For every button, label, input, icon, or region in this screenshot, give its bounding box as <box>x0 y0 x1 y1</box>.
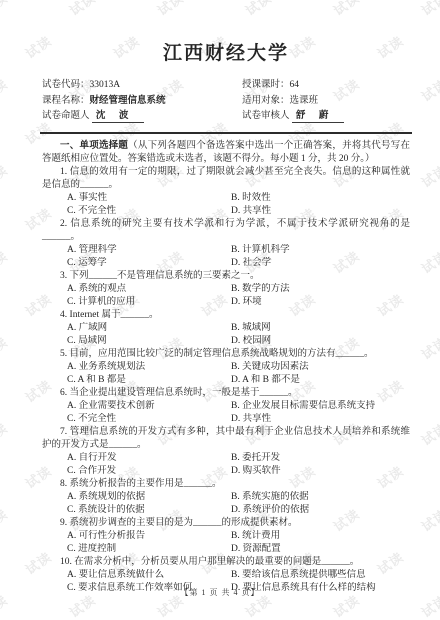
page-title: 江西财经大学 <box>42 38 410 65</box>
question-stem: 9. 系统初步调查的主要目的是为______的形成提供素材。 <box>42 517 410 530</box>
question-item: 2. 信息系统的研究主要有技术学派和行为学派，不属于技术学派研究视角的是____… <box>42 218 410 270</box>
course-name-row: 课程名称：财经管理信息系统 <box>42 94 242 110</box>
option: A. 事实性 <box>67 192 231 205</box>
question-stem: 7. 管理信息系统的开发方式有多种，其中最有利于企业信息技术人员培养和系统维护的… <box>42 426 410 452</box>
teaching-hours-label: 授课课时： <box>242 80 290 90</box>
option: A. 系统的观点 <box>67 283 231 296</box>
question-options: A. 管理科学B. 计算机科学C. 运筹学D. 社会学 <box>42 244 410 270</box>
option: A. 管理科学 <box>67 244 231 257</box>
option: D. 校园网 <box>231 335 410 348</box>
question-item: 7. 管理信息系统的开发方式有多种，其中最有利于企业信息技术人员培养和系统维护的… <box>42 426 410 478</box>
option: C. 合作开发 <box>67 465 231 478</box>
option: B. 要给该信息系统提供哪些信息 <box>231 569 410 582</box>
option: A. 业务系统规划法 <box>67 361 231 374</box>
section-intro: 一、单项选择题（从下列各题四个备选答案中选出一个正确答案，并将其代号写在答题纸相… <box>42 140 410 166</box>
option: D. 共享性 <box>231 205 410 218</box>
option: A. 系统规划的依据 <box>67 491 231 504</box>
option: B. 系统实施的依据 <box>231 491 410 504</box>
option: D. 社会学 <box>231 257 410 270</box>
question-stem: 10. 在需求分析中，分析员要从用户那里解决的最重要的问题是______。 <box>42 556 410 569</box>
question-stem: 5. 目前，应用范围比较广泛的制定管理信息系统战略规划的方法有______。 <box>42 348 410 361</box>
audience-row: 适用对象：选课班 <box>242 94 410 110</box>
audience-value: 选课班 <box>290 96 319 106</box>
option: A. 可行性分析报告 <box>67 530 231 543</box>
question-stem: 1. 信息的效用有一定的期限，过了期限就会减少甚至完全丧失。信息的这种属性就是信… <box>42 166 410 192</box>
option: B. 城域网 <box>231 322 410 335</box>
question-item: 6. 当企业提出建设管理信息系统时，一般是基于______。A. 企业需要技术创… <box>42 387 410 426</box>
question-item: 1. 信息的效用有一定的期限，过了期限就会减少甚至完全丧失。信息的这种属性就是信… <box>42 166 410 218</box>
option: A. 广域网 <box>67 322 231 335</box>
option: D. 共享性 <box>231 413 410 426</box>
question-list: 1. 信息的效用有一定的期限，过了期限就会减少甚至完全丧失。信息的这种属性就是信… <box>42 166 410 595</box>
option: D. A 和 B 都不是 <box>231 374 410 387</box>
option: C. 计算机的应用 <box>67 296 231 309</box>
question-stem: 2. 信息系统的研究主要有技术学派和行为学派，不属于技术学派研究视角的是____… <box>42 218 410 244</box>
course-name-label: 课程名称： <box>42 96 90 106</box>
option: C. 不完全性 <box>67 205 231 218</box>
option: B. 计算机科学 <box>231 244 410 257</box>
question-options: A. 业务系统规划法B. 关键成功因素法C. A 和 B 都是D. A 和 B … <box>42 361 410 387</box>
teaching-hours-value: 64 <box>290 80 300 90</box>
option: A. 要让信息系统做什么 <box>67 569 231 582</box>
audience-label: 适用对象： <box>242 96 290 106</box>
header-divider <box>40 132 412 134</box>
option: C. 运筹学 <box>67 257 231 270</box>
question-stem: 3. 下列______不是管理信息系统的三要素之一。 <box>42 270 410 283</box>
exam-code-label: 试卷代码： <box>42 80 90 90</box>
question-options: A. 自行开发B. 委托开发C. 合作开发D. 购买软件 <box>42 452 410 478</box>
option: C. 不完全性 <box>67 413 231 426</box>
question-options: A. 系统的观点B. 数学的方法C. 计算机的应用D. 环境 <box>42 283 410 309</box>
exam-paper-page: 试读试读试读试读试读试读试读试读试读试读试读试读试读试读试读试读试读试读试读试读… <box>0 0 440 620</box>
question-options: A. 企业需要技术创新B. 企业发展目标需要信息系统支持C. 不完全性D. 共享… <box>42 400 410 426</box>
question-item: 4. Internet 属于______。A. 广域网B. 城域网C. 局域网D… <box>42 309 410 348</box>
exam-setter-row: 试卷命题人 沈 波 <box>42 109 242 125</box>
exam-setter-label: 试卷命题人 <box>42 111 90 121</box>
teaching-hours-row: 授课课时：64 <box>242 78 410 94</box>
question-stem: 4. Internet 属于______。 <box>42 309 410 322</box>
option: B. 数学的方法 <box>231 283 410 296</box>
option: B. 企业发展目标需要信息系统支持 <box>231 400 410 413</box>
question-options: A. 广域网B. 城域网C. 局域网D. 校园网 <box>42 322 410 348</box>
question-item: 9. 系统初步调查的主要目的是为______的形成提供素材。A. 可行性分析报告… <box>42 517 410 556</box>
question-options: A. 系统规划的依据B. 系统实施的依据C. 系统设计的依据D. 系统评价的依据 <box>42 491 410 517</box>
option: C. 局域网 <box>67 335 231 348</box>
exam-reviewer-label: 试卷审核人 <box>242 111 290 121</box>
option: D. 资源配置 <box>231 543 410 556</box>
option: A. 企业需要技术创新 <box>67 400 231 413</box>
question-options: A. 事实性B. 时效性C. 不完全性D. 共享性 <box>42 192 410 218</box>
exam-meta-right: 授课课时：64 适用对象：选课班 试卷审核人 舒 蔚 <box>242 78 410 125</box>
question-item: 5. 目前，应用范围比较广泛的制定管理信息系统战略规划的方法有______。A.… <box>42 348 410 387</box>
option: C. A 和 B 都是 <box>67 374 231 387</box>
section-heading: 一、单项选择题 <box>60 141 128 151</box>
exam-reviewer-row: 试卷审核人 舒 蔚 <box>242 109 410 125</box>
question-item: 3. 下列______不是管理信息系统的三要素之一。A. 系统的观点B. 数学的… <box>42 270 410 309</box>
option: C. 进度控制 <box>67 543 231 556</box>
question-item: 8. 系统分析报告的主要作用是______。A. 系统规划的依据B. 系统实施的… <box>42 478 410 517</box>
option: D. 购买软件 <box>231 465 410 478</box>
option: D. 环境 <box>231 296 410 309</box>
option: A. 自行开发 <box>67 452 231 465</box>
exam-code-row: 试卷代码：33013A <box>42 78 242 94</box>
exam-reviewer-name: 舒 蔚 <box>292 111 345 123</box>
exam-meta: 试卷代码：33013A 课程名称：财经管理信息系统 试卷命题人 沈 波 授课课时… <box>42 78 410 125</box>
exam-setter-name: 沈 波 <box>92 111 145 123</box>
question-stem: 6. 当企业提出建设管理信息系统时，一般是基于______。 <box>42 387 410 400</box>
page-number: 【第 1 页 共 4 页】 <box>0 587 440 598</box>
exam-meta-left: 试卷代码：33013A 课程名称：财经管理信息系统 试卷命题人 沈 波 <box>42 78 242 125</box>
option: B. 委托开发 <box>231 452 410 465</box>
option: C. 系统设计的依据 <box>67 504 231 517</box>
page-content: 江西财经大学 试卷代码：33013A 课程名称：财经管理信息系统 试卷命题人 沈… <box>0 0 440 620</box>
option: B. 统计费用 <box>231 530 410 543</box>
option: D. 系统评价的依据 <box>231 504 410 517</box>
option: B. 时效性 <box>231 192 410 205</box>
exam-code-value: 33013A <box>90 80 121 90</box>
question-options: A. 可行性分析报告B. 统计费用C. 进度控制D. 资源配置 <box>42 530 410 556</box>
course-name-value: 财经管理信息系统 <box>90 96 166 106</box>
option: B. 关键成功因素法 <box>231 361 410 374</box>
question-stem: 8. 系统分析报告的主要作用是______。 <box>42 478 410 491</box>
